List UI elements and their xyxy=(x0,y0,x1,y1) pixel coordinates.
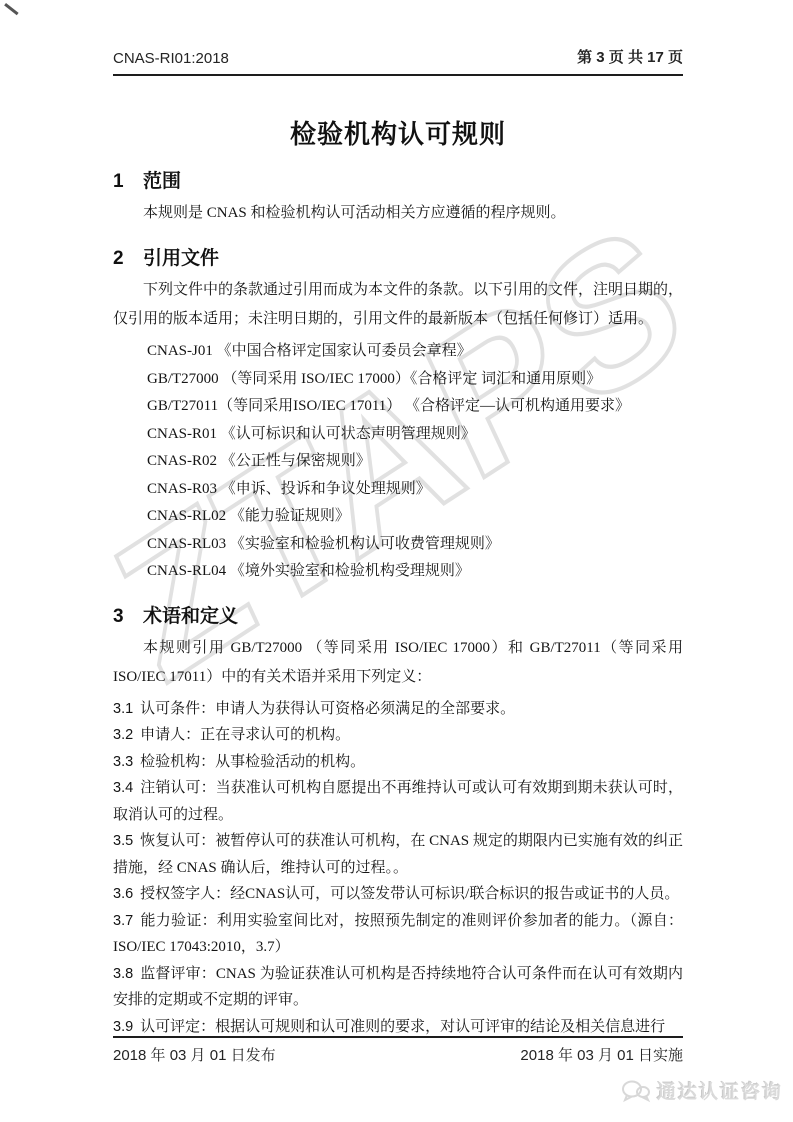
term-item: 3.3检验机构：从事检验活动的机构。 xyxy=(113,749,683,776)
term-item: 3.4注销认可：当获准认可机构自愿提出不再维持认可或认可有效期到期未获认可时，取… xyxy=(113,775,683,828)
term-text: 恢复认可：被暂停认可的获准认可机构，在 CNAS 规定的期限内已实施有效的纠正措… xyxy=(113,833,683,876)
term-number: 3.9 xyxy=(113,1019,133,1035)
term-text: 授权签字人：经CNAS认可，可以签发带认可标识/联合标识的报告或证书的人员。 xyxy=(140,886,679,902)
term-number: 3.8 xyxy=(113,966,133,982)
page-header: CNAS-RI01:2018 第 3 页 共 17 页 xyxy=(113,46,683,76)
brand-watermark: 通达认证咨询 xyxy=(621,1077,783,1104)
term-text: 认可评定：根据认可规则和认可准则的要求，对认可评审的结论及相关信息进行 xyxy=(140,1019,665,1035)
section-1-paragraph: 本规则是 CNAS 和检验机构认可活动相关方应遵循的程序规则。 xyxy=(113,199,683,228)
term-number: 3.7 xyxy=(113,913,133,929)
page-footer: 2018 年 03 月 01 日发布 2018 年 03 月 01 日实施 xyxy=(113,1036,683,1065)
document-page: ZTAPS CNAS-RI01:2018 第 3 页 共 17 页 检验机构认可… xyxy=(0,0,793,1122)
issue-date: 2018 年 03 月 01 日发布 xyxy=(113,1044,276,1065)
term-text: 检验机构：从事检验活动的机构。 xyxy=(140,754,365,770)
term-number: 3.2 xyxy=(113,727,133,743)
reference-item: CNAS-RL04 《境外实验室和检验机构受理规则》 xyxy=(147,558,683,586)
section-3-paragraph: 本规则引用 GB/T27000 （等同采用 ISO/IEC 17000）和 GB… xyxy=(113,634,683,692)
term-item: 3.8监督评审：CNAS 为验证获准认可机构是否持续地符合认可条件而在认可有效期… xyxy=(113,961,683,1014)
term-text: 认可条件：申请人为获得认可资格必须满足的全部要求。 xyxy=(140,701,515,717)
term-text: 申请人：正在寻求认可的机构。 xyxy=(140,727,350,743)
section-heading-2: 2引用文件 xyxy=(113,243,683,270)
document-title: 检验机构认可规则 xyxy=(113,114,683,151)
section-number: 1 xyxy=(113,171,143,193)
section-heading-1: 1范围 xyxy=(113,166,683,193)
term-text: 注销认可：当获准认可机构自愿提出不再维持认可或认可有效期到期未获认可时，取消认可… xyxy=(113,780,683,823)
term-text: 监督评审：CNAS 为验证获准认可机构是否持续地符合认可条件而在认可有效期内安排… xyxy=(113,966,683,1009)
section-label: 术语和定义 xyxy=(143,606,238,627)
term-text: 能力验证：利用实验室间比对，按照预先制定的准则评价参加者的能力。（源自：ISO/… xyxy=(113,913,683,956)
section-label: 范围 xyxy=(143,171,181,192)
term-item: 3.2申请人：正在寻求认可的机构。 xyxy=(113,722,683,749)
section-label: 引用文件 xyxy=(143,248,219,269)
term-item: 3.5恢复认可：被暂停认可的获准认可机构，在 CNAS 规定的期限内已实施有效的… xyxy=(113,828,683,881)
term-item: 3.1认可条件：申请人为获得认可资格必须满足的全部要求。 xyxy=(113,696,683,723)
reference-item: CNAS-R02 《公正性与保密规则》 xyxy=(147,448,683,476)
section-number: 2 xyxy=(113,248,143,270)
section-number: 3 xyxy=(113,606,143,628)
reference-item: CNAS-J01 《中国合格评定国家认可委员会章程》 xyxy=(147,338,683,366)
terms-list: 3.1认可条件：申请人为获得认可资格必须满足的全部要求。3.2申请人：正在寻求认… xyxy=(113,696,683,1041)
implement-date: 2018 年 03 月 01 日实施 xyxy=(520,1044,683,1065)
term-number: 3.4 xyxy=(113,780,133,796)
scan-artifact xyxy=(4,3,18,15)
section-heading-3: 3术语和定义 xyxy=(113,601,683,628)
term-number: 3.5 xyxy=(113,833,133,849)
reference-item: GB/T27000 （等同采用 ISO/IEC 17000）《合格评定 词汇和通… xyxy=(147,366,683,394)
page-indicator: 第 3 页 共 17 页 xyxy=(577,46,683,67)
reference-item: CNAS-R01 《认可标识和认可状态声明管理规则》 xyxy=(147,421,683,449)
chat-bubbles-icon xyxy=(621,1079,651,1103)
reference-list: CNAS-J01 《中国合格评定国家认可委员会章程》GB/T27000 （等同采… xyxy=(113,338,683,586)
term-item: 3.7能力验证：利用实验室间比对，按照预先制定的准则评价参加者的能力。（源自：I… xyxy=(113,908,683,961)
reference-item: CNAS-R03 《申诉、投诉和争议处理规则》 xyxy=(147,476,683,504)
reference-item: GB/T27011（等同采用ISO/IEC 17011） 《合格评定—认可机构通… xyxy=(147,393,683,421)
term-number: 3.3 xyxy=(113,754,133,770)
reference-item: CNAS-RL03 《实验室和检验机构认可收费管理规则》 xyxy=(147,531,683,559)
term-item: 3.6授权签字人：经CNAS认可，可以签发带认可标识/联合标识的报告或证书的人员… xyxy=(113,881,683,908)
reference-item: CNAS-RL02 《能力验证规则》 xyxy=(147,503,683,531)
doc-code: CNAS-RI01:2018 xyxy=(113,50,229,67)
term-number: 3.1 xyxy=(113,701,133,717)
term-number: 3.6 xyxy=(113,886,133,902)
document-body: 检验机构认可规则 1范围 本规则是 CNAS 和检验机构认可活动相关方应遵循的程… xyxy=(113,96,683,1040)
section-2-paragraph: 下列文件中的条款通过引用而成为本文件的条款。以下引用的文件，注明日期的，仅引用的… xyxy=(113,276,683,334)
brand-name: 通达认证咨询 xyxy=(657,1077,783,1104)
